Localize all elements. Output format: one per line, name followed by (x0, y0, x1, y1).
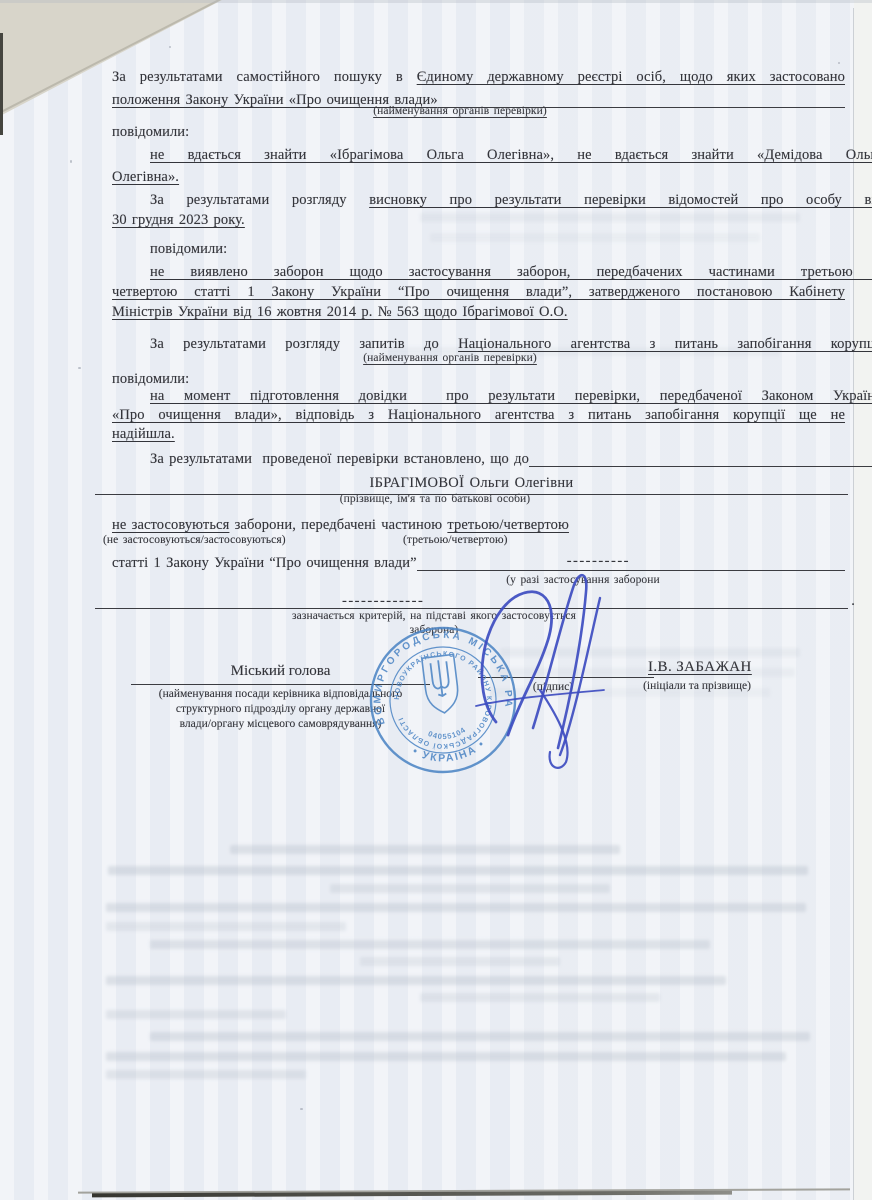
text-segment: надійшла. (112, 426, 175, 442)
text-segment: 30 грудня 2023 року. (112, 212, 245, 228)
blank-underline (529, 466, 872, 467)
document-line: повідомили: (112, 239, 872, 259)
caption-text: (не застосовуються/застосовуються) (103, 533, 286, 547)
scanned-document-page: За результатами самостійного пошуку в Єд… (0, 0, 872, 1200)
bleed-through-line (230, 845, 620, 854)
field-caption: (не застосовуються/застосовуються)(треть… (112, 533, 845, 547)
bleed-through-line (106, 1052, 786, 1061)
signer-name-caption: (ініціали та прізвище) (617, 680, 777, 692)
document-line: не вдається знайти «Ібрагімова Ольга Оле… (112, 145, 872, 165)
scan-right-strip (854, 0, 872, 1200)
caption-text: (прізвище, ім'я та по батькові особи) (340, 493, 531, 505)
text-segment: не застосовуються (112, 517, 229, 533)
text-segment: За результатами самостійного пошуку в (112, 69, 417, 85)
handwritten-signature (455, 560, 625, 778)
document-line: «Про очищення влади», відповідь з Націон… (112, 405, 845, 425)
signer-name: І.В. ЗАБАЖАН (648, 659, 752, 676)
text-segment: четвертою статті 1 Закону України “Про о… (112, 284, 845, 300)
text-segment: За результатами проведеної перевірки вст… (150, 449, 529, 469)
text-segment: повідомили: (112, 371, 189, 387)
document-line: Олегівна». (112, 167, 845, 187)
text-segment: За результатами розгляду (150, 192, 369, 208)
text-segment: заборони, передбачені частиною (229, 517, 447, 533)
bleed-through-line (150, 1032, 810, 1041)
text-segment: на момент підготовлення довідки про резу… (150, 388, 872, 404)
trailing-period: . (851, 591, 855, 611)
person-name: ІБРАГІМОВОЇ Ольги Олегівни (370, 475, 574, 491)
caption-text: (найменування органів перевірки) (373, 105, 547, 117)
dust-speck (78, 367, 81, 369)
dust-speck (838, 62, 840, 64)
document-line: четвертою статті 1 Закону України “Про о… (112, 282, 845, 302)
text-segment: Єдиному державному реєстрі осіб, щодо як… (417, 69, 845, 85)
field-caption: (найменування органів перевірки) (320, 351, 580, 365)
text-segment: Олегівна». (112, 169, 179, 185)
bleed-through-line (106, 903, 806, 912)
document-line: на момент підготовлення довідки про резу… (112, 386, 872, 406)
bleed-through-line (150, 940, 710, 949)
document-line: не застосовуються заборони, передбачені … (112, 515, 845, 535)
text-segment: Міністрів України від 16 жовтня 2014 р. … (112, 304, 568, 320)
dust-speck (300, 1108, 303, 1110)
document-line: За результатами проведеної перевірки вст… (112, 449, 872, 469)
field-caption: (найменування органів перевірки) (330, 104, 590, 118)
document-line: 30 грудня 2023 року. (112, 210, 845, 230)
document-line: надійшла. (112, 424, 845, 444)
bleed-through-line (106, 922, 346, 931)
text-segment: повідомили: (112, 124, 189, 140)
bleed-through-line (106, 1070, 306, 1079)
document-line: За результатами самостійного пошуку в Єд… (112, 67, 845, 87)
bleed-through-line (330, 884, 610, 893)
bleed-through-line (106, 1010, 286, 1019)
text-segment: «Про очищення влади», відповідь з Націон… (112, 407, 845, 423)
scan-edge-artifact (0, 33, 3, 135)
text-segment: висновку про результати перевірки відомо… (369, 192, 872, 208)
document-line: не виявлено заборон щодо застосування за… (112, 262, 872, 282)
text-segment: повідомили: (150, 241, 227, 257)
scan-top-shadow (0, 0, 872, 3)
text-segment: не вдається знайти «Ібрагімова Ольга Оле… (150, 147, 872, 163)
text-segment: Національного агентства з питань запобіг… (458, 336, 872, 352)
document-line: повідомили: (112, 122, 845, 142)
bleed-through-line (106, 976, 726, 985)
bleed-through-line (360, 957, 560, 966)
dust-speck (70, 160, 72, 163)
caption-text: (найменування органів перевірки) (363, 352, 537, 364)
caption-text: (третьою/четвертою) (403, 533, 508, 547)
text-segment: третьою/четвертою (447, 517, 569, 533)
bleed-through-line (108, 866, 808, 875)
text-segment: статті 1 Закону України “Про очищення вл… (112, 553, 417, 573)
field-caption: (прізвище, ім'я та по батькові особи) (300, 492, 570, 506)
text-segment: За результатами розгляду запитів до (150, 336, 458, 352)
dust-speck (169, 46, 171, 48)
text-segment: не виявлено заборон щодо застосування за… (150, 264, 872, 280)
document-line: Міністрів України від 16 жовтня 2014 р. … (112, 302, 845, 322)
bleed-through-line (420, 993, 660, 1002)
document-line: За результатами розгляду висновку про ре… (112, 190, 872, 210)
